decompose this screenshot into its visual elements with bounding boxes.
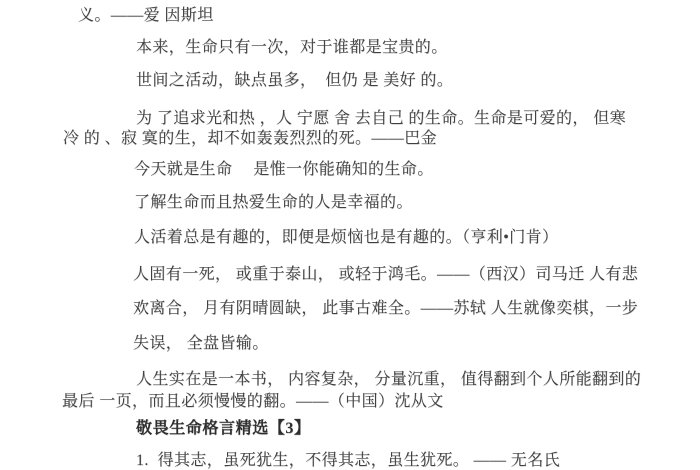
text-line: 1. 得其志，虽死犹生，不得其志，虽生犹死。 —— 无名氏 bbox=[136, 452, 560, 469]
text-line: 失误， 全盘皆输。 bbox=[133, 335, 269, 352]
text-line: 义。——爱 因斯坦 bbox=[78, 7, 214, 24]
section-heading: 敬畏生命格言精选【3】 bbox=[136, 420, 311, 437]
text-line: 人生实在是一本书， 内容复杂， 分量沉重， 值得翻到个人所能翻到的 bbox=[136, 371, 641, 388]
text-line: 今天就是生命 是惟一你能确知的生命。 bbox=[134, 161, 434, 178]
text-line: 最后 一页，而且必须慢慢的翻。——（中国）沈从文 bbox=[62, 393, 444, 410]
text-line: 人固有一死， 或重于泰山， 或轻于鸿毛。——（西汉）司马迁 人有悲 bbox=[133, 266, 638, 283]
text-line: 本来，生命只有一次，对于谁都是宝贵的。 bbox=[136, 39, 448, 56]
document-page: 义。——爱 因斯坦本来，生命只有一次，对于谁都是宝贵的。世间之活动，缺点虽多， … bbox=[0, 0, 700, 470]
text-line: 冷 的 、寂 寞的生，却不如轰轰烈烈的死。——巴金 bbox=[63, 130, 437, 147]
text-line: 了解生命而且热爱生命的人是幸福的。 bbox=[134, 194, 413, 211]
text-line: 人活着总是有趣的，即便是烦恼也是有趣的。（亨利•门肯） bbox=[134, 229, 558, 246]
text-line: 世间之活动，缺点虽多， 但仍 是 美好 的。 bbox=[136, 72, 453, 89]
text-line: 欢离合， 月有阴晴圆缺， 此事古难全。——苏轼 人生就像奕棋，一步 bbox=[133, 300, 638, 317]
text-line: 为 了追求光和热 ，人 宁愿 舍 去自己 的生命。生命是可爱的， 但寒 bbox=[136, 110, 626, 127]
